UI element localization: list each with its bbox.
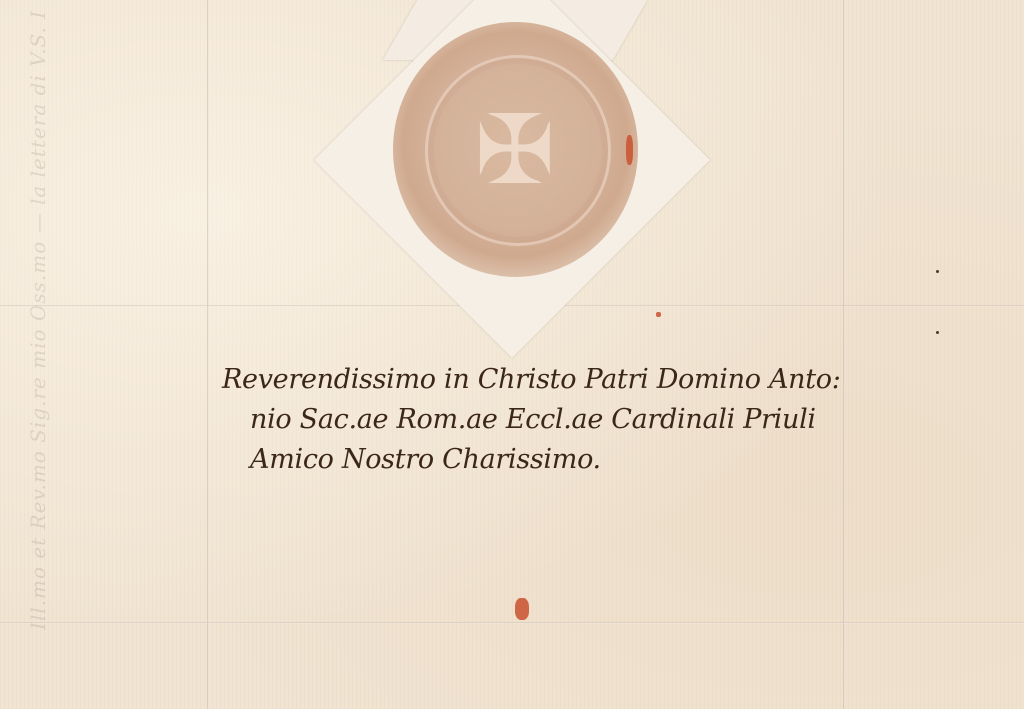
- red-wax-mark: [515, 598, 529, 620]
- address-line: nio Sac.ae Rom.ae Eccl.ae Cardinali Priu…: [222, 400, 842, 440]
- ink-dot: [936, 270, 939, 273]
- address-block: Reverendissimo in Christo Patri Domino A…: [222, 360, 842, 480]
- double-eagle-emblem-icon: ✠: [455, 90, 575, 210]
- address-line: Reverendissimo in Christo Patri Domino A…: [222, 360, 842, 400]
- fold-line-horizontal: [0, 622, 1024, 624]
- bleed-through-text: Ill.mo et Rev.mo Sig.re mio Oss.mo — la …: [20, 10, 350, 630]
- document-sheet: Ill.mo et Rev.mo Sig.re mio Oss.mo — la …: [0, 0, 1024, 709]
- fold-line-vertical: [843, 0, 845, 709]
- red-wax-speck: [656, 312, 661, 317]
- fold-line-vertical: [207, 0, 209, 709]
- red-wax-mark: [626, 135, 633, 165]
- ink-dot: [936, 331, 939, 334]
- address-line: Amico Nostro Charissimo.: [222, 440, 842, 480]
